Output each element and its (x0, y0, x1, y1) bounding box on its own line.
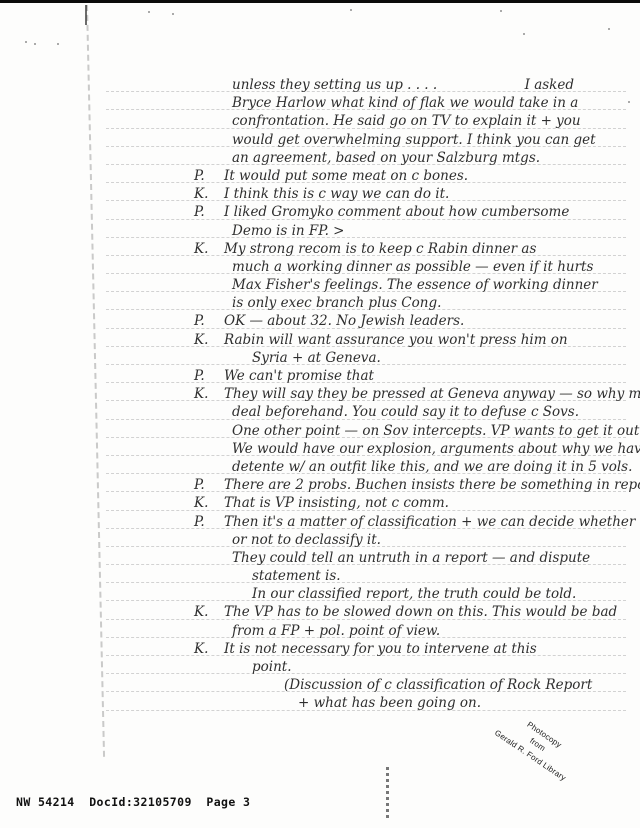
handwritten-text: One other point — on Sov intercepts. VP … (232, 423, 640, 439)
stamp-line-2: from (485, 707, 590, 783)
handwritten-text: is only exec branch plus Cong. (232, 295, 441, 311)
handwritten-text: deal beforehand. You could say it to def… (232, 404, 579, 420)
handwritten-line: K.I think this is c way we can do it. (186, 185, 622, 203)
scan-fold-line-left (86, 5, 105, 757)
handwritten-line: P.I liked Gromyko comment about how cumb… (186, 203, 622, 221)
handwritten-text: point. (252, 659, 292, 675)
handwritten-line: deal beforehand. You could say it to def… (186, 403, 622, 421)
handwritten-line: point. (186, 658, 622, 676)
handwritten-text: confrontation. He said go on TV to expla… (232, 113, 581, 129)
handwritten-line: Syria + at Geneva. (186, 349, 622, 367)
scan-dotted-mark-bottom (386, 767, 389, 818)
handwritten-text: much a working dinner as possible — even… (232, 259, 593, 275)
speaker-label: K. (194, 385, 208, 403)
speaker-label: P. (194, 167, 205, 185)
handwritten-text: We can't promise that (224, 368, 374, 384)
scan-speck (25, 41, 27, 43)
handwriting-block: unless they setting us up . . . .I asked… (186, 76, 622, 713)
handwritten-line: K.Rabin will want assurance you won't pr… (186, 331, 622, 349)
handwritten-text: I think this is c way we can do it. (224, 186, 449, 202)
scan-speck (628, 101, 630, 103)
handwritten-text: statement is. (252, 568, 341, 584)
handwritten-text: They could tell an untruth in a report —… (232, 550, 590, 566)
scan-edge-bar-top (0, 0, 640, 3)
handwritten-line: confrontation. He said go on TV to expla… (186, 112, 622, 130)
handwritten-text: would get overwhelming support. I think … (232, 132, 596, 148)
handwritten-text: It would put some meat on c bones. (224, 168, 468, 184)
handwritten-line: Demo is in FP. > (186, 222, 622, 240)
handwritten-line: They could tell an untruth in a report —… (186, 549, 622, 567)
scan-speck (523, 33, 525, 35)
document-scan: unless they setting us up . . . .I asked… (0, 0, 640, 828)
handwritten-text: In our classified report, the truth coul… (252, 586, 576, 602)
speaker-label: K. (194, 331, 208, 349)
handwritten-line: unless they setting us up . . . .I asked (186, 76, 622, 94)
speaker-label: K. (194, 185, 208, 203)
scan-speck (172, 13, 174, 15)
speaker-label: P. (194, 203, 205, 221)
handwritten-text: Demo is in FP. > (232, 223, 344, 239)
handwritten-text: Syria + at Geneva. (252, 350, 381, 366)
speaker-label: P. (194, 312, 205, 330)
handwritten-line: is only exec branch plus Cong. (186, 294, 622, 312)
handwritten-text: detente w/ an outfit like this, and we a… (232, 459, 632, 475)
handwritten-line: P.We can't promise that (186, 367, 622, 385)
speaker-label: P. (194, 367, 205, 385)
handwritten-text: from a FP + pol. point of view. (232, 623, 440, 639)
handwritten-line: an agreement, based on your Salzburg mtg… (186, 149, 622, 167)
scan-speck (350, 9, 352, 11)
handwritten-line: In our classified report, the truth coul… (186, 585, 622, 603)
scan-fold-line-left-dark-tip (85, 5, 87, 25)
scan-speck (500, 10, 502, 12)
scan-speck (34, 43, 36, 45)
handwritten-line: Max Fisher's feelings. The essence of wo… (186, 276, 622, 294)
handwritten-line: K.It is not necessary for you to interve… (186, 640, 622, 658)
handwritten-line: We would have our explosion, arguments a… (186, 440, 622, 458)
handwritten-text: That is VP insisting, not c comm. (224, 495, 449, 511)
handwritten-text: Then it's a matter of classification + w… (224, 514, 635, 530)
handwritten-line: or not to declassify it. (186, 531, 622, 549)
handwritten-line: K.They will say they be pressed at Genev… (186, 385, 622, 403)
handwritten-text: I liked Gromyko comment about how cumber… (224, 204, 569, 220)
document-id-footer: NW 54214 DocId:32105709 Page 3 (16, 795, 250, 809)
speaker-label: K. (194, 603, 208, 621)
handwritten-line: + what has been going on. (186, 694, 622, 712)
handwritten-line: would get overwhelming support. I think … (186, 131, 622, 149)
speaker-label: P. (194, 476, 205, 494)
speaker-label: K. (194, 240, 208, 258)
handwritten-text-right: I asked (525, 76, 574, 94)
handwritten-text: They will say they be pressed at Geneva … (224, 386, 640, 402)
speaker-label: K. (194, 640, 208, 658)
handwritten-line: much a working dinner as possible — even… (186, 258, 622, 276)
handwritten-text: (Discussion of c classification of Rock … (284, 677, 592, 693)
handwritten-text: We would have our explosion, arguments a… (232, 441, 640, 457)
scan-speck (608, 28, 610, 30)
handwritten-text: Max Fisher's feelings. The essence of wo… (232, 277, 598, 293)
handwritten-line: K.That is VP insisting, not c comm. (186, 494, 622, 512)
handwritten-line: K.My strong recom is to keep c Rabin din… (186, 240, 622, 258)
handwritten-line: (Discussion of c classification of Rock … (186, 676, 622, 694)
handwritten-text: Bryce Harlow what kind of flak we would … (232, 95, 578, 111)
handwritten-text: an agreement, based on your Salzburg mtg… (232, 150, 540, 166)
handwritten-line: P.There are 2 probs. Buchen insists ther… (186, 476, 622, 494)
handwritten-line: Bryce Harlow what kind of flak we would … (186, 94, 622, 112)
handwritten-text: Rabin will want assurance you won't pres… (224, 332, 568, 348)
handwritten-line: from a FP + pol. point of view. (186, 622, 622, 640)
handwritten-line: One other point — on Sov intercepts. VP … (186, 422, 622, 440)
scan-speck (57, 43, 59, 45)
scan-speck (148, 11, 150, 13)
handwritten-text: There are 2 probs. Buchen insists there … (224, 477, 640, 493)
handwritten-text: OK — about 32. No Jewish leaders. (224, 313, 464, 329)
handwritten-line: statement is. (186, 567, 622, 585)
handwritten-text: + what has been going on. (298, 695, 481, 711)
handwritten-text: or not to declassify it. (232, 532, 381, 548)
handwritten-line: K.The VP has to be slowed down on this. … (186, 603, 622, 621)
handwritten-text: It is not necessary for you to intervene… (224, 641, 537, 657)
speaker-label: P. (194, 513, 205, 531)
handwritten-text: unless they setting us up . . . . (232, 77, 437, 93)
handwritten-line: P.OK — about 32. No Jewish leaders. (186, 312, 622, 330)
handwritten-text: My strong recom is to keep c Rabin dinne… (224, 241, 536, 257)
handwritten-line: P.Then it's a matter of classification +… (186, 513, 622, 531)
handwritten-text: The VP has to be slowed down on this. Th… (224, 604, 617, 620)
handwritten-line: detente w/ an outfit like this, and we a… (186, 458, 622, 476)
handwritten-line: P.It would put some meat on c bones. (186, 167, 622, 185)
speaker-label: K. (194, 494, 208, 512)
